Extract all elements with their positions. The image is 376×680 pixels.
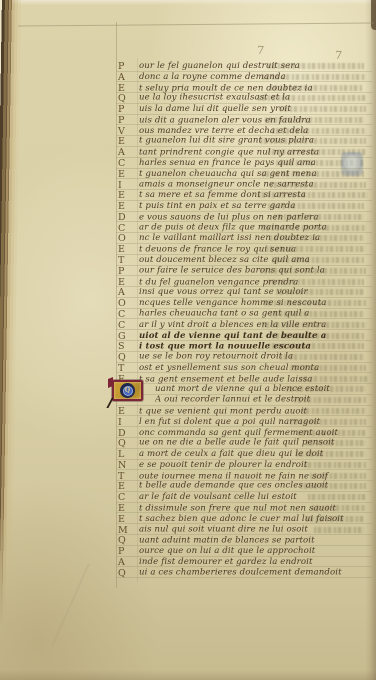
line-initial: I	[118, 417, 136, 428]
line-initial: N	[118, 460, 136, 471]
line-text: t que se venient qui mont perdu auoit	[139, 406, 372, 417]
line-initial: E	[118, 503, 136, 514]
right-corner-edge	[371, 0, 376, 30]
text-line: Pource que on lui a dit que le approchoi…	[0, 546, 376, 557]
line-initial: Q	[118, 568, 136, 579]
line-text: our le fel guanelon qui destruit sera	[139, 61, 372, 72]
line-text: t sa mere et sa femme dont si arresta	[139, 190, 372, 201]
text-line: Puis dit a guanelon aler vous en fauldra	[0, 115, 376, 126]
line-initial: A	[118, 287, 136, 298]
text-line: Et sa gent ensement et belle aude laissa	[0, 374, 376, 385]
line-initial: P	[118, 61, 136, 72]
line-initial: E	[118, 136, 136, 147]
line-text: t sa gent ensement et belle aude laissa	[139, 374, 372, 385]
text-line: Ne se pouoit tenir de plourer la endroit	[0, 460, 376, 471]
text-line: A oui recorder lannui et le destroit	[0, 395, 376, 406]
line-initial: I	[118, 180, 136, 191]
text-line: Et deuons de france le roy qui senua	[0, 244, 376, 255]
line-text: e se pouoit tenir de plourer la endroit	[139, 460, 372, 471]
text-line: Charles cheuaucha tant o sa gent quil a	[0, 309, 376, 320]
line-text: inde fist demourer et gardez la endroit	[139, 557, 372, 568]
text-line: Et guanelon cheuaucha qui sa gent mena	[0, 169, 376, 180]
text-line: Et dissimule son frere que nul mot nen s…	[0, 503, 376, 514]
text-line: Quant aduint matin de blances se partoit	[0, 535, 376, 546]
text-line: Guiot al de vienne qui tant de beaulte a	[0, 331, 376, 342]
line-initial: P	[118, 115, 136, 126]
text-line: Pour faire le seruice des barons qui son…	[0, 266, 376, 277]
line-text: uiot al de vienne qui tant de beaulte a	[139, 331, 372, 342]
line-text: l en fut si dolent que a poi quil narrag…	[139, 417, 372, 428]
line-text: harles cheuaucha tant o sa gent quil a	[139, 309, 372, 320]
line-initial: C	[118, 223, 136, 234]
text-line: Il en fut si dolent que a poi quil narra…	[0, 417, 376, 428]
line-initial: E	[118, 244, 136, 255]
line-text: ar de puis ot deux filz que mainarde por…	[139, 222, 372, 233]
line-text: ais nul qui soit viuant dire ne lui osoi…	[139, 524, 372, 535]
text-line: Que la loy ihesucrist exaulsast et la	[0, 93, 376, 104]
line-initial: D	[118, 212, 136, 223]
line-text: onc commanda sa gent quil fermement auoi…	[139, 428, 372, 439]
line-text: t belle aude demande que ces oncles auoi…	[139, 481, 372, 492]
line-text: ue la loy ihesucrist exaulsast et la	[139, 93, 372, 104]
text-line: Et seluy pria moult de ce nen doubtez ia	[0, 83, 376, 94]
text-line: Et que se venient qui mont perdu auoit	[0, 406, 376, 417]
line-text: uis dit a guanelon aler vous en fauldra	[139, 115, 372, 126]
line-initial: E	[118, 201, 136, 212]
text-line: Que on ne die a belle aude le fait quil …	[0, 438, 376, 449]
text-line: Car de puis ot deux filz que mainarde po…	[0, 223, 376, 234]
line-initial: C	[118, 158, 136, 169]
line-text: ource que on lui a dit que le approchoit	[139, 546, 372, 557]
line-initial: P	[118, 266, 136, 277]
line-initial: O	[118, 298, 136, 309]
line-initial: D	[118, 428, 136, 439]
text-line: Et sa mere et sa femme dont si arresta	[0, 190, 376, 201]
line-initial: P	[118, 546, 136, 557]
line-initial: T	[118, 471, 136, 482]
line-initial: O	[118, 233, 136, 244]
text-line: La mort de ceulx a fait que dieu qui le …	[0, 449, 376, 460]
line-initial: C	[118, 309, 136, 320]
line-initial: Q	[118, 352, 136, 363]
line-text: ar il y vint droit a blences en la ville…	[139, 320, 372, 331]
line-text: a mort de ceulx a fait que dieu qui le d…	[139, 449, 372, 460]
text-line: Tout doucement blecez sa cite quil ama	[0, 255, 376, 266]
line-initial: V	[118, 126, 136, 137]
line-text: ui a ces chamberieres doulcement demando…	[139, 567, 372, 578]
text-line: Tost et ysnellement sus son cheual monta	[0, 363, 376, 374]
line-initial: C	[118, 320, 136, 331]
line-text: uis la dame lui dit quelle sen yroit	[139, 104, 372, 115]
line-text: out doucement blecez sa cite quil ama	[139, 255, 372, 266]
line-text: insi que vous orrez qui tant se vouloir	[139, 287, 372, 298]
line-initial: L	[118, 449, 136, 460]
line-text: tant prindrent congie que nul ny arresta	[139, 148, 372, 159]
line-text: ar le fait de voulsant celle lui estoit	[139, 492, 372, 503]
line-text: harles senua en france le pays quil ama	[139, 158, 372, 169]
decorated-initial-q: Q	[112, 380, 143, 401]
top-ruling-line	[18, 22, 374, 26]
line-initial: G	[118, 331, 136, 342]
manuscript-page: Pour le fel guanelon qui destruit seraAd…	[0, 0, 376, 680]
decorated-initial-letter: Q	[123, 386, 133, 396]
line-initial: E	[118, 277, 136, 288]
line-text: uant mort de vienne qui a blence estoit	[155, 384, 372, 395]
line-text: t du fel guanelon vengance prendra	[139, 277, 372, 288]
line-initial: A	[118, 72, 136, 83]
text-line: Ainsi que vous orrez qui tant se vouloir	[0, 287, 376, 298]
text-line: Oncques telle vengance homme si nescouta	[0, 298, 376, 309]
line-text: amais a monseigneur oncle ne sarresta	[139, 179, 372, 190]
line-text: ue se le bon roy retournoit droit la	[139, 352, 372, 363]
text-line: Adonc a la royne comme demanda	[0, 72, 376, 83]
line-text: ncques telle vengance homme si nescouta	[139, 298, 372, 309]
line-text: t puis tint en paix et sa terre garda	[139, 201, 372, 212]
text-line: Onc le vaillant maillart issi nen doubte…	[0, 233, 376, 244]
line-text: t guanelon cheuaucha qui sa gent mena	[139, 169, 372, 180]
text-line: Que se le bon roy retournoit droit la	[0, 352, 376, 363]
line-text: t guanelon lui dit sire grant vous plair…	[139, 136, 372, 147]
line-initial: Q	[118, 438, 136, 449]
text-line: Pour le fel guanelon qui destruit sera	[0, 61, 376, 72]
text-line: Vous mandez vre terre et decha et dela	[0, 126, 376, 137]
line-initial: E	[118, 481, 136, 492]
text-line: Iamais a monseigneur oncle ne sarresta	[0, 180, 376, 191]
line-text: our faire le seruice des barons qui sont…	[139, 266, 372, 277]
text-line: Puis la dame lui dit quelle sen yroit	[0, 104, 376, 115]
text-line: Si tost que mort la nouuelle escouta	[0, 341, 376, 352]
text-line: Et sachez bien que adonc le cuer mal lui…	[0, 514, 376, 525]
line-initial: S	[118, 341, 136, 352]
text-line: Car il y vint droit a blences en la vill…	[0, 320, 376, 331]
line-initial: Q	[118, 535, 136, 546]
line-initial: E	[118, 190, 136, 201]
line-initial: Q	[118, 93, 136, 104]
line-text: uant aduint matin de blances se partoit	[139, 536, 372, 547]
line-initial: A	[118, 147, 136, 158]
line-initial: E	[118, 169, 136, 180]
bottom-edge-shadow	[0, 670, 376, 680]
text-line: De vous sauons de lui plus on nen parler…	[0, 212, 376, 223]
line-text: t deuons de france le roy qui senua	[139, 245, 372, 256]
text-line: Et puis tint en paix et sa terre garda	[0, 201, 376, 212]
text-line: uant mort de vienne qui a blence estoit	[0, 384, 376, 395]
text-line: Et guanelon lui dit sire grant vous plai…	[0, 136, 376, 147]
line-text: nc le vaillant maillart issi nen doubtez…	[139, 233, 372, 244]
text-line: Atant prindrent congie que nul ny arrest…	[0, 147, 376, 158]
line-text: ost et ysnellement sus son cheual monta	[139, 363, 372, 374]
text-line: Donc commanda sa gent quil fermement auo…	[0, 428, 376, 439]
line-text: A oui recorder lannui et le destroit	[155, 395, 372, 406]
line-initial: T	[118, 363, 136, 374]
line-initial: P	[118, 104, 136, 115]
line-initial: C	[118, 492, 136, 503]
line-text: ue on ne die a belle aude le fait quil p…	[139, 438, 372, 449]
line-text: donc a la royne comme demanda	[139, 72, 372, 83]
photo-top-edge	[0, 0, 376, 5]
text-line: Mais nul qui soit viuant dire ne lui oso…	[0, 525, 376, 536]
pen-trial-mark: 7	[334, 49, 342, 63]
text-line: Toute iournee mena il nauoit ne fain ne …	[0, 471, 376, 482]
line-initial: M	[118, 525, 136, 536]
text-line: Car le fait de voulsant celle lui estoit	[0, 492, 376, 503]
pen-trial-mark: 7	[256, 44, 264, 58]
line-initial: E	[118, 83, 136, 94]
line-text: ous mandez vre terre et decha et dela	[139, 126, 372, 137]
line-text: t sachez bien que adonc le cuer mal lui …	[139, 514, 372, 525]
line-initial: T	[118, 255, 136, 266]
line-text: t dissimule son frere que nul mot nen sa…	[139, 503, 372, 514]
text-line: Qui a ces chamberieres doulcement demand…	[0, 568, 376, 579]
line-initial: A	[118, 557, 136, 568]
line-initial: E	[118, 406, 136, 417]
text-line: Ainde fist demourer et gardez la endroit	[0, 557, 376, 568]
text-line: Et belle aude demande que ces oncles auo…	[0, 481, 376, 492]
text-line: Et du fel guanelon vengance prendra	[0, 277, 376, 288]
line-initial: E	[118, 514, 136, 525]
text-line: Charles senua en france le pays quil ama	[0, 158, 376, 169]
